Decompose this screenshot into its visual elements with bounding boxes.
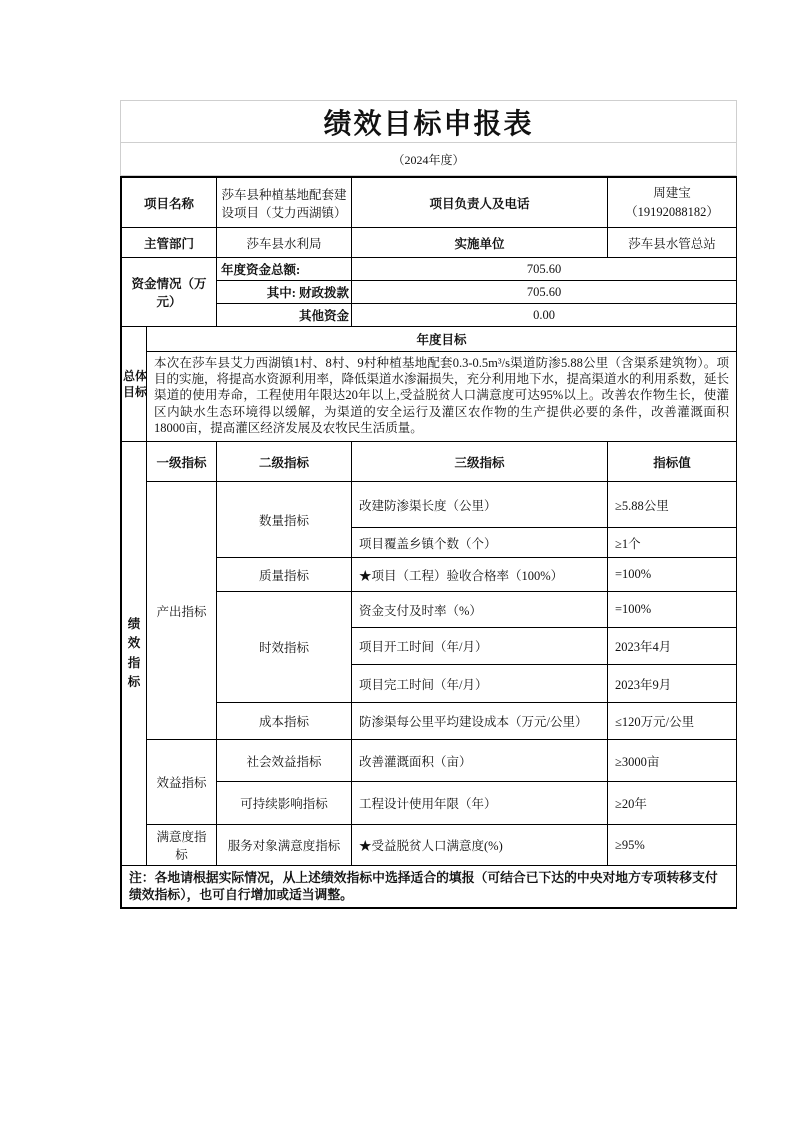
- manager-name: 周建宝: [612, 184, 732, 202]
- level3-indicator: 项目覆盖乡镇个数（个）: [352, 528, 608, 558]
- manager-label: 项目负责人及电话: [352, 178, 608, 228]
- table-row: 产出指标 数量指标 改建防渗渠长度（公里） ≥5.88公里: [122, 482, 737, 528]
- level2-timeliness: 时效指标: [217, 592, 352, 703]
- funding-fiscal-label: 其中: 财政拨款: [217, 281, 352, 304]
- impl-value: 莎车县水管总站: [608, 228, 737, 258]
- level1-satisfaction: 满意度指标: [147, 825, 217, 866]
- level2-cost: 成本指标: [217, 703, 352, 740]
- footnote-text: 注：各地请根据实际情况，从上述绩效指标中选择适合的填报（可结合已下达的中央对地方…: [122, 866, 737, 908]
- form-sheet: 绩效目标申报表 （2024年度） 项目名称 莎车县种植基地配套建设项目（艾力西湖…: [120, 100, 737, 909]
- table-row: 总体目标 年度目标: [122, 327, 737, 352]
- project-info-table: 项目名称 莎车县种植基地配套建设项目（艾力西湖镇） 项目负责人及电话 周建宝 （…: [121, 177, 737, 258]
- form-year-subtitle: （2024年度）: [392, 151, 464, 168]
- indicator-value: =100%: [608, 592, 737, 628]
- dept-label: 主管部门: [122, 228, 217, 258]
- indicator-value: ≥1个: [608, 528, 737, 558]
- funding-other-value: 0.00: [352, 304, 737, 327]
- funding-total-label: 年度资金总额:: [217, 258, 352, 281]
- indicator-value: 2023年4月: [608, 628, 737, 665]
- level2-quality: 质量指标: [217, 558, 352, 592]
- overall-goal-table: 总体目标 年度目标 本次在莎车县艾力西湖镇1村、8村、9村种植基地配套0.3-0…: [121, 326, 737, 442]
- impl-label: 实施单位: [352, 228, 608, 258]
- level3-indicator: 改建防渗渠长度（公里）: [352, 482, 608, 528]
- level3-indicator: 改善灌溉面积（亩）: [352, 740, 608, 782]
- indicators-label-cell: 绩效指标: [122, 442, 147, 866]
- table-row: 资金情况（万元） 年度资金总额: 705.60: [122, 258, 737, 281]
- level1-output: 产出指标: [147, 482, 217, 740]
- table-row: 项目名称 莎车县种植基地配套建设项目（艾力西湖镇） 项目负责人及电话 周建宝 （…: [122, 178, 737, 228]
- indicator-value: ≤120万元/公里: [608, 703, 737, 740]
- level2-service-satisfaction: 服务对象满意度指标: [217, 825, 352, 866]
- indicators-table: 绩效指标 一级指标 二级指标 三级指标 指标值 产出指标 数量指标 改建防渗渠长…: [121, 441, 737, 866]
- indicator-value: =100%: [608, 558, 737, 592]
- level2-quantity: 数量指标: [217, 482, 352, 558]
- level2-sustain: 可持续影响指标: [217, 782, 352, 825]
- overall-goal-label-cell: 总体目标: [122, 327, 147, 442]
- note-table: 注：各地请根据实际情况，从上述绩效指标中选择适合的填报（可结合已下达的中央对地方…: [121, 865, 737, 908]
- indicator-value: ≥5.88公里: [608, 482, 737, 528]
- manager-phone: （19192088182）: [612, 203, 732, 221]
- dept-value: 莎车县水利局: [217, 228, 352, 258]
- level3-indicator: 工程设计使用年限（年）: [352, 782, 608, 825]
- level3-indicator: 项目开工时间（年/月）: [352, 628, 608, 665]
- form-title: 绩效目标申报表: [323, 102, 533, 142]
- project-name-value: 莎车县种植基地配套建设项目（艾力西湖镇）: [217, 178, 352, 228]
- overall-goal-label: 总体目标: [122, 368, 147, 400]
- indicator-value: ≥95%: [608, 825, 737, 866]
- level2-social: 社会效益指标: [217, 740, 352, 782]
- level3-indicator: ★受益脱贫人口满意度(%): [352, 825, 608, 866]
- level3-indicator: 资金支付及时率（%）: [352, 592, 608, 628]
- level1-benefit: 效益指标: [147, 740, 217, 825]
- col-header-level3: 三级指标: [352, 442, 608, 482]
- indicator-value: ≥3000亩: [608, 740, 737, 782]
- project-name-label: 项目名称: [122, 178, 217, 228]
- form-table: 项目名称 莎车县种植基地配套建设项目（艾力西湖镇） 项目负责人及电话 周建宝 （…: [120, 176, 737, 909]
- funding-label: 资金情况（万元）: [122, 258, 217, 327]
- funding-table: 资金情况（万元） 年度资金总额: 705.60 其中: 财政拨款 705.60 …: [121, 257, 737, 327]
- funding-fiscal-value: 705.60: [352, 281, 737, 304]
- funding-total-value: 705.60: [352, 258, 737, 281]
- funding-other-label: 其他资金: [217, 304, 352, 327]
- table-row: 注：各地请根据实际情况，从上述绩效指标中选择适合的填报（可结合已下达的中央对地方…: [122, 866, 737, 908]
- table-row: 满意度指标 服务对象满意度指标 ★受益脱贫人口满意度(%) ≥95%: [122, 825, 737, 866]
- table-row: 主管部门 莎车县水利局 实施单位 莎车县水管总站: [122, 228, 737, 258]
- col-header-level2: 二级指标: [217, 442, 352, 482]
- level3-indicator: 项目完工时间（年/月）: [352, 665, 608, 703]
- document-page: { "page": { "title": "绩效目标申报表", "subtitl…: [0, 0, 793, 1122]
- annual-goal-text: 本次在莎车县艾力西湖镇1村、8村、9村种植基地配套0.3-0.5m³/s渠道防渗…: [147, 352, 737, 442]
- indicators-label: 绩效指标: [127, 615, 141, 693]
- indicator-value: ≥20年: [608, 782, 737, 825]
- level3-indicator: 防渗渠每公里平均建设成本（万元/公里）: [352, 703, 608, 740]
- annual-goal-header: 年度目标: [147, 327, 737, 352]
- form-subtitle-box: （2024年度）: [120, 143, 737, 176]
- col-header-value: 指标值: [608, 442, 737, 482]
- indicator-value: 2023年9月: [608, 665, 737, 703]
- table-row: 本次在莎车县艾力西湖镇1村、8村、9村种植基地配套0.3-0.5m³/s渠道防渗…: [122, 352, 737, 442]
- form-title-box: 绩效目标申报表: [120, 100, 737, 143]
- level3-indicator: ★项目（工程）验收合格率（100%）: [352, 558, 608, 592]
- col-header-level1: 一级指标: [147, 442, 217, 482]
- table-row: 绩效指标 一级指标 二级指标 三级指标 指标值: [122, 442, 737, 482]
- manager-value: 周建宝 （19192088182）: [608, 178, 737, 228]
- table-row: 效益指标 社会效益指标 改善灌溉面积（亩） ≥3000亩: [122, 740, 737, 782]
